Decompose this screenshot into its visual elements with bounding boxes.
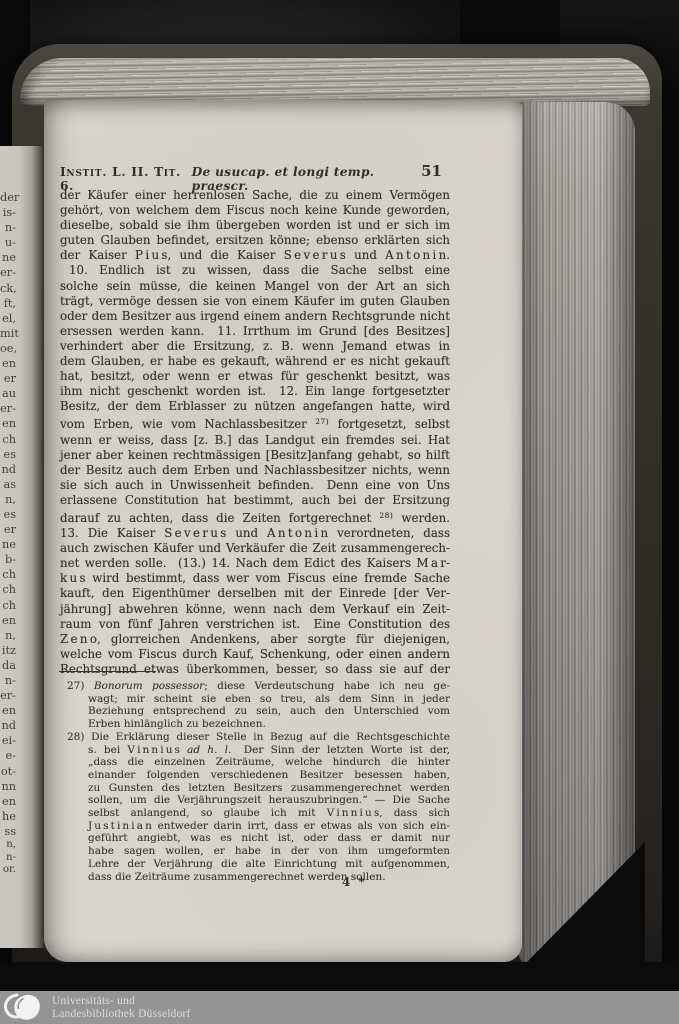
facing-text-fragment: es <box>0 507 16 522</box>
footnote-line: s. bei V i n n i u s ad h. l. Der Sinn d… <box>60 744 450 757</box>
facing-text-fragment: b- <box>0 552 16 567</box>
footnote-line: Beziehung entsprechend zu sein, auch den… <box>60 705 450 718</box>
footnote-line: einander folgenden verschiedenen Besitze… <box>60 769 450 782</box>
text-line: k u s wird bestimmt, dass wer vom Fiscus… <box>60 571 450 586</box>
facing-text-fragment: au <box>0 386 16 401</box>
body-text: der Käufer einer herrenlosen Sache, die … <box>60 188 450 677</box>
text-line: Rechtsgrund etwas überkommen, besser, so… <box>60 662 450 677</box>
facing-text-fragment: ne <box>0 250 16 265</box>
facing-text-fragment: ss <box>0 824 16 839</box>
facing-text-fragment: ot- <box>0 764 16 779</box>
text-line: erlassene Constitution hat bestimmt, auc… <box>60 493 450 508</box>
facing-text-fragment: en <box>0 356 16 371</box>
text-line: welche vom Fiscus durch Kauf, Schenkung,… <box>60 647 450 662</box>
text-line: kauft, den Eigenthümer derselben mit der… <box>60 586 450 601</box>
facing-text-fragment: el, <box>0 311 16 326</box>
facing-text-fragment: u- <box>0 235 16 250</box>
facing-text-fragment: n- <box>0 852 16 865</box>
facing-text-fragment: en <box>0 613 16 628</box>
photo-stage: deris-n-u-neer-ck,ft,el,mitoe,enerauer-e… <box>0 0 679 1024</box>
text-line: Z e n o, glorreichen Andenkens, aber sor… <box>60 632 450 647</box>
footnotes: 27) Bonorum possessor; diese Verdeutschu… <box>60 680 450 883</box>
facing-text-fragment: ck, <box>0 281 16 296</box>
facing-text-fragment: nn <box>0 779 16 794</box>
footnote-line: habe sagen wollen, er habe in der von ih… <box>60 845 450 858</box>
facing-text-fragment: n- <box>0 673 16 688</box>
facing-text-fragment: ch <box>0 567 16 582</box>
text-line: solche sein müsse, die keinen Mangel von… <box>60 279 450 294</box>
signature-mark: 4 * <box>342 875 367 889</box>
facing-text-fragment: n, <box>0 839 16 852</box>
library-name-line1: Universitäts- und <box>52 995 191 1008</box>
facing-text-fragment: n, <box>0 492 16 507</box>
facing-text-fragment: er <box>0 522 16 537</box>
text-line: guten Glauben befindet, ersitzen könne; … <box>60 233 450 248</box>
text-line: sie sich auch in Unwissenheit befinden. … <box>60 478 450 493</box>
facing-text-fragment: en <box>0 416 16 431</box>
book-fore-edge-pages <box>519 102 635 964</box>
facing-text-fragment: en <box>0 703 16 718</box>
text-line: auch zwischen Käufer und Verkäufer die Z… <box>60 541 450 556</box>
text-line: jährung] abwehren könne, wenn nach dem V… <box>60 602 450 617</box>
facing-text-fragment: ne <box>0 537 16 552</box>
text-line: jener aber keinen rechtmässigen [Besitz]… <box>60 448 450 463</box>
facing-text-fragment: itz <box>0 643 16 658</box>
facing-text-fragment: en <box>0 794 16 809</box>
facing-page-strip: deris-n-u-neer-ck,ft,el,mitoe,enerauer-e… <box>0 146 44 948</box>
facing-text-fragment: is- <box>0 205 16 220</box>
facing-text-fragment: ch <box>0 582 16 597</box>
facing-text-fragment: as <box>0 477 16 492</box>
footnote-rule <box>59 671 156 672</box>
footnote-line: Lehre der Verjährung die alte Einrichtun… <box>60 858 450 871</box>
facing-text-fragment: ch <box>0 432 16 447</box>
text-line: dem Glauben, er habe es gekauft, während… <box>60 354 450 369</box>
facing-text-fragment: ch <box>0 598 16 613</box>
book-top-page-edges <box>20 58 650 106</box>
footnote-line: sollen, um die Verjährungszeit herauszub… <box>60 794 450 807</box>
footnote-line: „dass die einzelnen Zeiträume, welche hi… <box>60 756 450 769</box>
text-line: der Käufer einer herrenlosen Sache, die … <box>60 188 450 203</box>
library-watermark-bar: Universitäts- und Landesbibliothek Düsse… <box>0 991 679 1024</box>
text-line: trägt, vermöge dessen sie von einem Käuf… <box>60 294 450 309</box>
facing-text-fragment: es <box>0 447 16 462</box>
facing-text-fragment: oe, <box>0 341 16 356</box>
library-name-line2: Landesbibliothek Düsseldorf <box>52 1008 191 1021</box>
text-line: hat, besitzt, oder wenn er etwas für ges… <box>60 369 450 384</box>
library-name: Universitäts- und Landesbibliothek Düsse… <box>52 995 191 1020</box>
footnote-line: dass die Zeiträume zusammengerechnet wer… <box>60 871 450 884</box>
facing-text-fragment: er- <box>0 265 16 280</box>
text-line: wenn er weiss, dass [z. B.] das Landgut … <box>60 433 450 448</box>
footnote-line: wagt; mir scheint sie eben so treu, als … <box>60 693 450 706</box>
text-line: raum von fünf Jahren verstrichen ist. Ei… <box>60 617 450 632</box>
page-number: 51 <box>421 162 442 180</box>
book-page: Instit. L. II. Tit. 6. De usucap. et lon… <box>44 100 522 962</box>
footnote-line: geführt angiebt, was es nicht ist, oder … <box>60 832 450 845</box>
text-line: 13. Die Kaiser S e v e r u s und A n t o… <box>60 526 450 541</box>
facing-text-fragment: n- <box>0 220 16 235</box>
text-line: ihm nicht geschenkt worden ist. 12. Ein … <box>60 384 450 399</box>
facing-text-fragment: he <box>0 809 16 824</box>
facing-text-fragment: n, <box>0 628 16 643</box>
footnote-line: J u s t i n i a n entweder darin irrt, d… <box>60 820 450 833</box>
text-line: gehört, von welchem dem Fiscus noch kein… <box>60 203 450 218</box>
facing-text-fragment: nd <box>0 718 16 733</box>
facing-text-fragment: ft, <box>0 296 16 311</box>
facing-text-fragment: ei- <box>0 733 16 748</box>
text-line: der Besitz auch dem Erben und Nachlassbe… <box>60 463 450 478</box>
facing-text-fragment: er <box>0 371 16 386</box>
text-line: verhindert aber die Ersitzung, z. B. wen… <box>60 339 450 354</box>
text-line: ersessen werden kann. 11. Irrthum im Gru… <box>60 324 450 339</box>
facing-text-fragment: er- <box>0 401 16 416</box>
footnote-line: zu Gunsten des letzten Besitzers zusamme… <box>60 782 450 795</box>
text-line: oder dem Besitzer aus irgend einem ander… <box>60 309 450 324</box>
bottom-shadow <box>0 962 679 992</box>
facing-page-fragments: deris-n-u-neer-ck,ft,el,mitoe,enerauer-e… <box>0 146 16 877</box>
text-line: der Kaiser P i u s, und die Kaiser S e v… <box>60 248 450 263</box>
ulb-duesseldorf-logo-icon <box>3 992 45 1023</box>
text-line: Besitz, der dem Erblasser zu nützen ange… <box>60 399 450 414</box>
facing-text-fragment: nd <box>0 462 16 477</box>
text-line: dieselbe, sobald sie ihm übergeben worde… <box>60 218 450 233</box>
text-line: darauf zu achten, dass die Zeiten fortge… <box>60 508 450 526</box>
footnote-line: 27) Bonorum possessor; diese Verdeutschu… <box>60 680 450 693</box>
footnote-line: selbst anlangend, so glaube ich mit V i … <box>60 807 450 820</box>
facing-text-fragment: or. <box>0 864 16 877</box>
facing-text-fragment: er- <box>0 688 16 703</box>
facing-text-fragment: der <box>0 190 16 205</box>
text-line: vom Erben, wie vom Nachlassbesitzer 27) … <box>60 414 450 432</box>
text-line: net werden solle. (13.) 14. Nach dem Edi… <box>60 556 450 571</box>
facing-text-fragment: e- <box>0 748 16 763</box>
footnote-line: Erben hinlänglich zu bezeichnen. <box>60 718 450 731</box>
footnote-line: 28) Die Erklärung dieser Stelle in Bezug… <box>60 731 450 744</box>
facing-text-fragment: mit <box>0 326 16 341</box>
facing-text-fragment: da <box>0 658 16 673</box>
text-line: 10. Endlich ist zu wissen, dass die Sach… <box>60 263 450 278</box>
